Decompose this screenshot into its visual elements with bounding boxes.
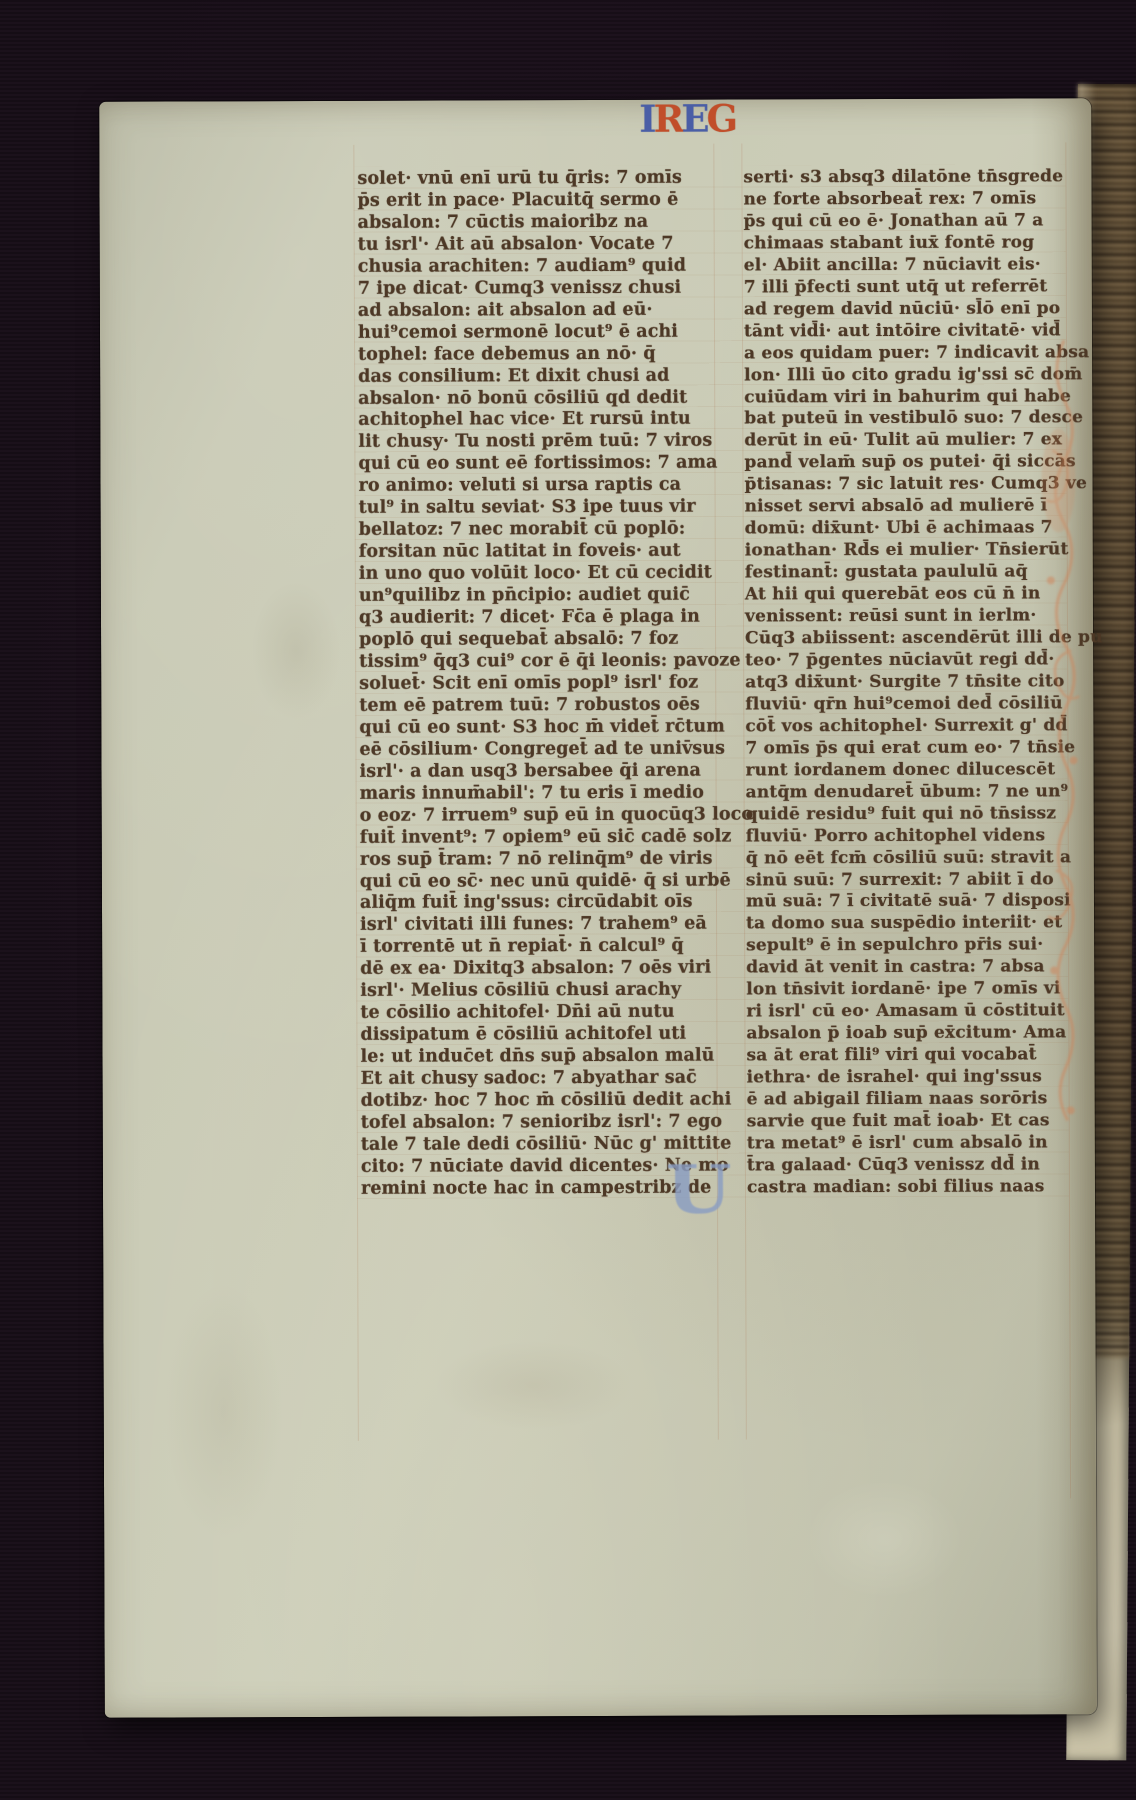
title-letter: E — [681, 102, 706, 136]
text-line: derūt in eū· Tulit aū mulier: 7 ex — [744, 430, 1068, 453]
text-line: q̄ nō eēt fcm̄ cōsiliū suū: stravit a — [746, 847, 1070, 870]
text-line: ad regem david nūciū· sl̄ō enī po — [744, 298, 1068, 321]
text-line: chimaas stabant iux̄ fontē rog — [744, 232, 1068, 255]
text-line: nisset servi absalō ad mulierē ī — [745, 496, 1069, 519]
text-line: p̄s erit in pace· Placuitq̄ sermo ē — [357, 190, 715, 213]
text-line: dē ex ea· Dixitq3 absalon: 7 oēs viri — [360, 958, 718, 981]
text-line: in uno quo volūit loco· Et cū cecidit — [359, 563, 717, 586]
text-line: david āt venit in castra: 7 absa — [746, 957, 1070, 980]
text-line: serti· s3 absq3 dilatōne tn̄sgrede — [743, 166, 1067, 189]
text-line: un⁹quilibz in pn̄cipio: audiet quic̄ — [359, 585, 717, 608]
chapter-initial: U — [665, 1158, 718, 1222]
text-line: tra metat⁹ ē isrl' cum absalō in — [747, 1132, 1071, 1155]
text-line: ne forte absorbeat̄ rex: 7 omīs — [743, 188, 1067, 211]
text-line: ad absalon: ait absalon ad eū· — [358, 299, 716, 322]
text-line: das consilium: Et dixit chusi ad — [358, 365, 716, 388]
text-line: sepult⁹ ē in sepulchro pr̄is sui· — [746, 935, 1070, 958]
text-line: a eos quidam puer: 7 indicavit absa — [744, 342, 1068, 365]
parchment-stain — [163, 1281, 284, 1541]
text-line: absalon p̄ ioab sup̄ ex̄citum· Ama — [746, 1023, 1070, 1046]
text-line: aliq̄m fuit̄ ing'ssus: circūdabit oīs — [360, 892, 718, 915]
parchment-stain — [804, 1479, 964, 1600]
manuscript-page: IREG solet· vnū enī urū tu q̄ris: 7 omīs… — [99, 98, 1097, 1717]
text-line: quidē residu⁹ fuit qui nō tn̄sissz — [746, 803, 1070, 826]
text-column-right: serti· s3 absq3 dilatōne tn̄sgredene for… — [743, 166, 1071, 1199]
text-line: venissent: reūsi sunt in ierlm· — [745, 605, 1069, 628]
text-line: teo· 7 p̄gentes nūciavūt regi dd̄· — [745, 649, 1069, 672]
text-line: lon· Illi ūo cito gradu ig'ssi sc̄ dom̄ — [744, 364, 1068, 387]
text-line: dissipatum ē cōsiliū achitofel uti — [360, 1024, 718, 1047]
text-line: atq3 dix̄unt· Surgite 7 tn̄site cito — [745, 671, 1069, 694]
text-line: tissim⁹ q̄q3 cui⁹ cor ē q̄i leonis: pavo… — [359, 651, 717, 674]
photo-background: IREG solet· vnū enī urū tu q̄ris: 7 omīs… — [0, 0, 1136, 1800]
text-line: isrl' civitati illi funes: 7 trahem⁹ eā — [360, 914, 718, 937]
text-line: achitophel hac vice· Et rursū intu — [358, 409, 716, 432]
text-line: 7 omīs p̄s qui erat cum eo· 7 tn̄sie — [745, 737, 1069, 760]
text-line: cōt̄ vos achitophel· Surrexit g' dd̄ — [745, 715, 1069, 738]
text-line: tofel absalon: 7 senioribz isrl': 7 ego — [361, 1112, 719, 1135]
text-line: fluviū· Porro achitophel videns — [746, 825, 1070, 848]
text-line: lon tn̄sivit iordanē· ipe 7 omīs vi — [746, 979, 1070, 1002]
text-line: tānt vid̄i· aut intōire civitatē· vid̄ — [744, 320, 1068, 343]
text-line: ros sup̄ t̄ram: 7 nō relinq̄m⁹ de viris — [360, 848, 718, 871]
text-line: sinū suū: 7 surrexit: 7 abiit ī do — [746, 869, 1070, 892]
text-line: eē cōsilium· Congreget̄ ad te univ̄sus — [359, 738, 717, 761]
text-line: bellatoz: 7 nec morabit̄ cū poplō: — [359, 519, 717, 542]
text-line: cuiūdam viri in bahurim qui habe — [744, 386, 1068, 409]
text-line: ī torrentē ut n̄ repiat̄· n̄ calcul⁹ q̄ — [360, 936, 718, 959]
penwork-ornament-showthrough — [1034, 330, 1093, 1170]
text-line: o eoz· 7 irruem⁹ sup̄ eū in quocūq3 loco — [360, 804, 718, 827]
text-line: bat puteū in vestibulō suo: 7 desce — [744, 408, 1068, 431]
title-letter: I — [639, 102, 653, 136]
text-line: mū suā: 7 ī civitatē suā· 7 disposi — [746, 891, 1070, 914]
text-line: domū: dix̄unt· Ubi ē achimaas 7 — [745, 518, 1069, 541]
text-line: 7 illi p̄fecti sunt utq̄ ut referrēt — [744, 276, 1068, 299]
text-line: pand̄ velam̄ sup̄ os putei· q̄i siccās — [744, 452, 1068, 475]
text-line: qui cū eo sc̄· nec unū quidē· q̄ si urbē — [360, 870, 718, 893]
text-line: sa āt erat fili⁹ viri qui vocabat̄ — [746, 1044, 1070, 1067]
text-line: poplō qui sequebat̄ absalō: 7 foz — [359, 629, 717, 652]
text-line: p̄s qui cū eo ē· Jonathan aū 7 a — [744, 210, 1068, 233]
running-title: IREG — [639, 102, 735, 136]
text-line: le: ut induc̄et dn̄s sup̄ absalon malū — [360, 1046, 718, 1069]
text-line: forsitan nūc latitat in foveis· aut — [359, 541, 717, 564]
title-letter: G — [706, 102, 735, 136]
text-line: chusia arachiten: 7 audiam⁹ quid — [358, 255, 716, 278]
text-line: runt iordanem donec dilucescēt — [745, 759, 1069, 782]
text-line: ri isrl' cū eo· Amasam ū cōstituit — [746, 1001, 1070, 1024]
text-line: absalon: 7 cūctis maioribz na — [358, 211, 716, 234]
text-line: ionathan· Rd̄s ei mulier· Tn̄sierūt — [745, 540, 1069, 563]
text-line: qui cū eo sunt· S3 hoc m̄ videt̄ rc̄tum — [359, 716, 717, 739]
text-line: Cūq3 abiissent: ascendērūt illi de pu — [745, 627, 1069, 650]
parchment-stain — [434, 1340, 634, 1431]
text-line: tophel: face debemus an nō· q̄ — [358, 343, 716, 366]
text-line: castra madian: sobi filius naas — [747, 1176, 1071, 1199]
text-line: fuit̄ invent⁹: 7 opiem⁹ eū sic̄ cadē sol… — [360, 826, 718, 849]
parchment-stain — [251, 581, 341, 721]
text-line: hui⁹cemoi sermonē locut⁹ ē achi — [358, 321, 716, 344]
text-line: 7 ipe dicat· Cumq3 venissz chusi — [358, 277, 716, 300]
title-letter: R — [653, 102, 681, 136]
text-line: iethra· de israhel· qui ing'ssus — [747, 1066, 1071, 1089]
text-column-left: solet· vnū enī urū tu q̄ris: 7 omīsp̄s e… — [357, 168, 719, 1201]
text-line: isrl'· a dan usq3 bersabee q̄i arena — [359, 760, 717, 783]
text-line: el· Abiit ancilla: 7 nūciavit eis· — [744, 254, 1068, 277]
text-line: ro animo: veluti si ursa raptis ca — [358, 475, 716, 498]
text-line: q3 audierit: 7 dicet· Fc̄a ē plaga in — [359, 607, 717, 630]
text-line: At hii qui querebāt eos cū n̄ in — [745, 583, 1069, 606]
text-line: ē ad abigail filiam naas sorōris — [747, 1088, 1071, 1111]
text-line: dotibz· hoc 7 hoc m̄ cōsiliū dedit achi — [361, 1090, 719, 1113]
text-line: ta domo sua suspēdio interiit· et — [746, 913, 1070, 936]
text-line: tem eē patrem tuū: 7 robustos oēs — [359, 694, 717, 717]
text-line: festinant̄: gustata paululū aq̄ — [745, 562, 1069, 585]
text-line: isrl'· Melius cōsiliū chusi arachy — [360, 980, 718, 1003]
text-line: te cōsilio achitofel· Dn̄i aū nutu — [360, 1002, 718, 1025]
text-line: p̄tisanas: 7 sic latuit res· Cumq3 ve — [744, 474, 1068, 497]
text-line: soluet̄· Scit enī omīs popl⁹ isrl' foz — [359, 673, 717, 696]
text-line: qui cū eo sunt eē fortissimos: 7 ama — [358, 453, 716, 476]
text-line: antq̄m denudaret̄ ūbum: 7 ne un⁹ — [746, 781, 1070, 804]
text-line: fluviū· qr̄n hui⁹cemoi ded̄ cōsiliū — [745, 693, 1069, 716]
text-line: tu isrl'· Ait aū absalon· Vocate 7 — [358, 233, 716, 256]
text-line: solet· vnū enī urū tu q̄ris: 7 omīs — [357, 168, 715, 191]
text-line: t̄ra galaad· Cūq3 venissz dd̄ in — [747, 1154, 1071, 1177]
text-line: absalon· nō bonū cōsiliū qd dedit — [358, 387, 716, 410]
text-line: lit chusy· Tu nosti prēm tuū: 7 viros — [358, 431, 716, 454]
text-line: Et ait chusy sadoc: 7 abyathar sac̄ — [361, 1068, 719, 1091]
text-line: sarvie que fuit mat̄ ioab· Et cas — [747, 1110, 1071, 1133]
text-line: tul⁹ in saltu seviat· S3 ipe tuus vir — [359, 497, 717, 520]
text-line: maris innum̄abil': 7 tu eris ī medio — [360, 782, 718, 805]
